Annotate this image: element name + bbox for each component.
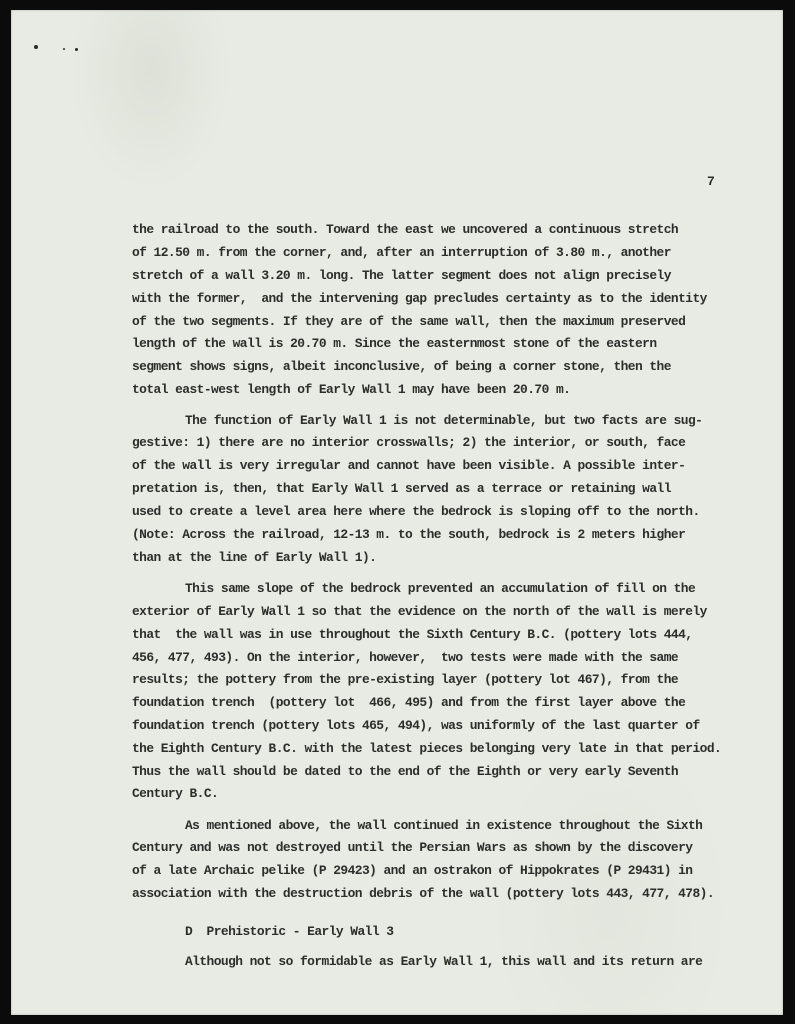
- text-line: 456, 477, 493). On the interior, however…: [132, 650, 678, 666]
- text-line: Although not so formidable as Early Wall…: [185, 954, 702, 970]
- text-line: the Eighth Century B.C. with the latest …: [132, 741, 721, 757]
- text-line: total east-west length of Early Wall 1 m…: [132, 382, 570, 398]
- section-heading: D Prehistoric - Early Wall 3: [185, 924, 393, 940]
- text-line: pretation is, then, that Early Wall 1 se…: [132, 481, 671, 497]
- text-line: of a late Archaic pelike (P 29423) and a…: [132, 863, 692, 879]
- text-line: The function of Early Wall 1 is not dete…: [185, 413, 702, 429]
- text-line: Century B.C.: [132, 786, 218, 802]
- text-line: As mentioned above, the wall continued i…: [185, 818, 702, 834]
- text-line: the railroad to the south. Toward the ea…: [132, 222, 678, 238]
- text-line: than at the line of Early Wall 1).: [132, 550, 376, 566]
- text-line: of 12.50 m. from the corner, and, after …: [132, 245, 671, 261]
- text-line: that the wall was in use throughout the …: [132, 627, 692, 643]
- speck-mark: [63, 48, 65, 50]
- text-line: stretch of a wall 3.20 m. long. The latt…: [132, 268, 671, 284]
- text-line: segment shows signs, albeit inconclusive…: [132, 359, 671, 375]
- text-line: with the former, and the intervening gap…: [132, 291, 707, 307]
- text-line: of the two segments. If they are of the …: [132, 314, 685, 330]
- text-line: exterior of Early Wall 1 so that the evi…: [132, 604, 707, 620]
- speck-mark: [75, 48, 78, 51]
- text-line: association with the destruction debris …: [132, 886, 714, 902]
- text-line: results; the pottery from the pre-existi…: [132, 672, 678, 688]
- text-line: foundation trench (pottery lot 466, 495)…: [132, 695, 685, 711]
- text-line: This same slope of the bedrock prevented…: [185, 581, 695, 597]
- speck-mark: [34, 45, 38, 49]
- page-number: 7: [707, 174, 715, 189]
- text-line: of the wall is very irregular and cannot…: [132, 458, 685, 474]
- text-line: Thus the wall should be dated to the end…: [132, 764, 678, 780]
- text-line: gestive: 1) there are no interior crossw…: [132, 435, 685, 451]
- text-line: Century and was not destroyed until the …: [132, 840, 692, 856]
- text-line: used to create a level area here where t…: [132, 504, 700, 520]
- text-line: length of the wall is 20.70 m. Since the…: [132, 336, 657, 352]
- text-line: foundation trench (pottery lots 465, 494…: [132, 718, 700, 734]
- text-line: (Note: Across the railroad, 12-13 m. to …: [132, 527, 685, 543]
